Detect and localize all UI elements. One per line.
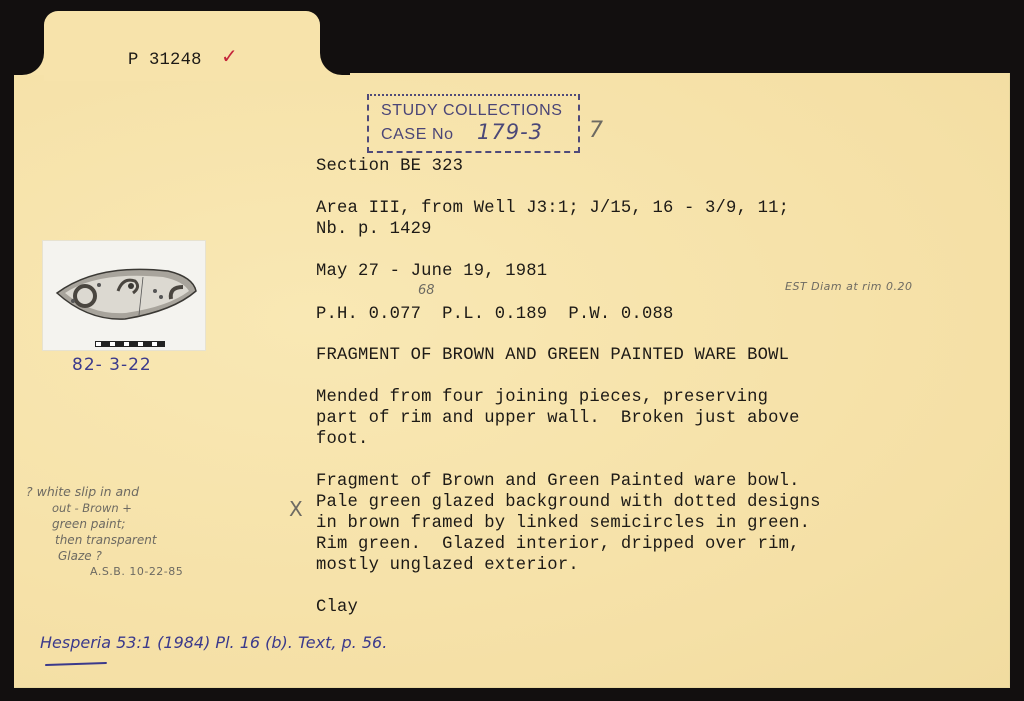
section-line: Section BE 323 bbox=[316, 156, 463, 177]
checkmark-icon: ✓ bbox=[221, 44, 238, 68]
scale-bar bbox=[95, 341, 165, 347]
description-line: Fragment of Brown and Green Painted ware… bbox=[316, 471, 800, 492]
stamp-title: STUDY COLLECTIONS bbox=[381, 102, 563, 120]
description-line: in brown framed by linked semicircles in… bbox=[316, 513, 810, 534]
area-line-1: Area III, from Well J3:1; J/15, 16 - 3/9… bbox=[316, 198, 789, 219]
dates-line: May 27 - June 19, 1981 bbox=[316, 261, 547, 282]
condition-line: part of rim and upper wall. Broken just … bbox=[316, 408, 800, 429]
object-photo bbox=[43, 241, 205, 350]
pencil-note-line: green paint; bbox=[52, 517, 125, 531]
description-line: Pale green glazed background with dotted… bbox=[316, 492, 821, 513]
pencil-note-signature: A.S.B. 10-22-85 bbox=[90, 565, 183, 578]
margin-x-mark: X bbox=[289, 497, 303, 521]
case-side-mark: 7 bbox=[589, 118, 603, 143]
inventory-number: P 31248 bbox=[128, 50, 202, 71]
dimensions-line: P.H. 0.077 P.L. 0.189 P.W. 0.088 bbox=[316, 304, 673, 325]
object-title: FRAGMENT OF BROWN AND GREEN PAINTED WARE… bbox=[316, 345, 789, 366]
height-correction: 68 bbox=[418, 283, 435, 298]
tab-curve-left bbox=[14, 45, 54, 75]
tab-curve-right bbox=[310, 45, 350, 75]
stamp-case-number: 179-3 bbox=[477, 120, 543, 144]
pencil-note-line: then transparent bbox=[55, 533, 157, 547]
bowl-fragment-image bbox=[43, 241, 205, 350]
area-line-2: Nb. p. 1429 bbox=[316, 219, 432, 240]
stamp-case-label: CASE No bbox=[381, 126, 454, 144]
pencil-note-line: out - Brown + bbox=[52, 501, 132, 515]
description-line: Rim green. Glazed interior, dripped over… bbox=[316, 534, 800, 555]
condition-line: Mended from four joining pieces, preserv… bbox=[316, 387, 768, 408]
bibliography-reference: Hesperia 53:1 (1984) Pl. 16 (b). Text, p… bbox=[40, 633, 387, 652]
catalog-card bbox=[14, 73, 1010, 688]
material-line: Clay bbox=[316, 597, 358, 618]
estimated-diameter-note: EST Diam at rim 0.20 bbox=[785, 280, 912, 293]
study-collections-stamp: STUDY COLLECTIONS CASE No 179-3 bbox=[367, 94, 580, 153]
photo-number: 82- 3-22 bbox=[72, 355, 152, 375]
pencil-note-line: ? white slip in and bbox=[26, 484, 139, 499]
description-line: mostly unglazed exterior. bbox=[316, 555, 579, 576]
pencil-note-line: Glaze ? bbox=[58, 549, 102, 563]
condition-line: foot. bbox=[316, 429, 369, 450]
